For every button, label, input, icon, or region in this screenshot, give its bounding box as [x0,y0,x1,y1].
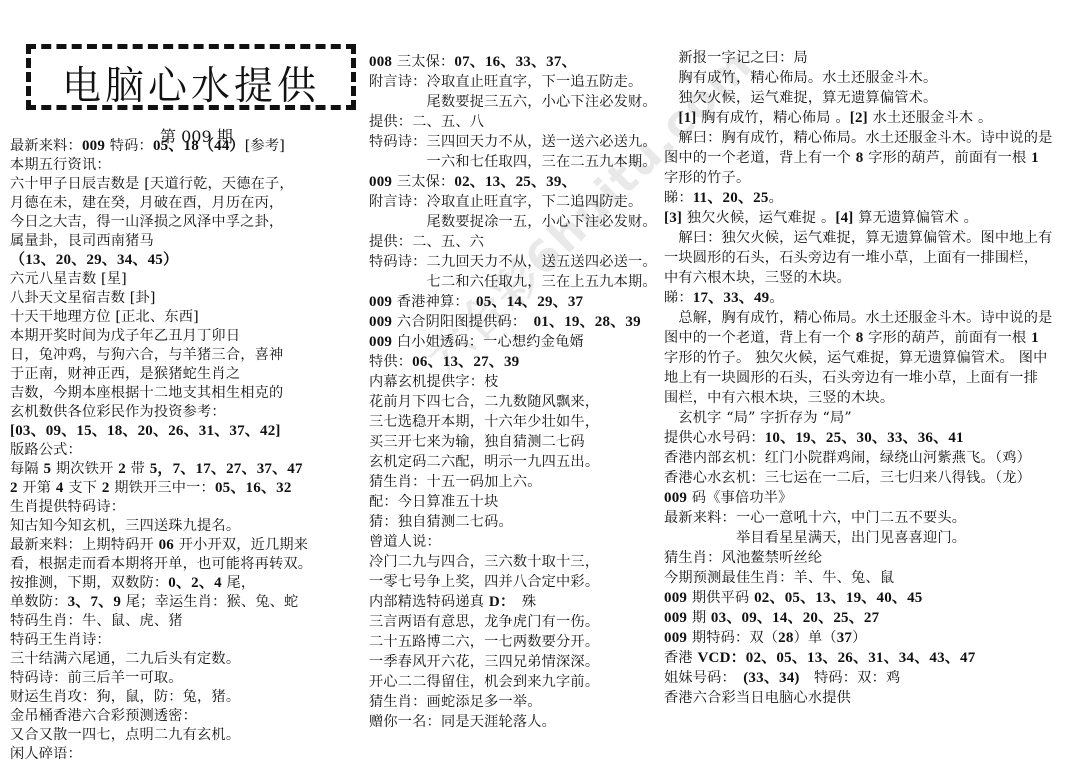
body-text: 配：今日算准五十块 [369,494,499,510]
text-line: 六元八星吉数 [星] [10,270,127,289]
body-text: 内部精选特码递真 [369,594,489,610]
text-line: 尾数要捉三五六，小心下注必发财。 [369,93,657,112]
text-line: 提供：二、五、六 [369,233,484,252]
text-line: 中有六根木块，三竖的木块。 [664,269,851,288]
body-text: 香港心水玄机：三七运在一二后，三七归来八得钱。（龙） [664,470,1031,486]
text-line: 地上有一块圆形的石头，石头旁边有一堆小草，上面有一排 [664,369,1038,388]
text-line: 009 三太保：02、13、25、39、 [369,173,577,192]
text-line: 香港心水玄机：三七运在一二后，三七归来八得钱。（龙） [664,469,1031,488]
body-text: 围栏，中有六根木块，三竖的木块。 [664,390,894,406]
body-text: 吉数，今期本座根据十二地支其相生相克的 [10,385,283,401]
number-text: 4 [56,480,64,496]
text-line: 六十甲子日辰吉数是 [天道行乾，天德在子， [10,175,294,194]
number-text: 3、7、9 [68,594,122,610]
body-text: 六十甲子日辰吉数是 [天道行乾，天德在子， [10,176,294,192]
body-text: 最新来料：一心一意吼十六，中门二五不要头。 [664,510,966,526]
number-text: 37 [837,630,852,646]
body-text: 闲人碎语： [10,746,82,762]
number-text: 05、16、32 [215,480,292,496]
text-line: 日，兔冲鸡，与狗六合，与羊猪三合，喜神 [10,346,283,365]
body-text: 特码诗：三四回天力不从，送一送六必送九。 [369,134,657,150]
text-line: 每隔 5 期次铁开 2 带 5，7、17、27、37、47 [10,460,303,479]
number-text: 5，7、17、27、37、47 [150,461,303,477]
number-text: 07、16、33、37、 [454,54,576,70]
number-text: 17、33、49 [693,290,770,306]
number-text: 03、09、14、20、25、27 [711,610,879,626]
number-text: 02、13、25、39、 [454,174,576,190]
text-line: 闲人碎语： [10,745,82,762]
text-line: 香港六合彩当日电脑心水提供 [664,689,851,708]
number-text: 009 [369,334,392,350]
text-line: 附言诗：冷取直止旺直字，下一追五防走。 [369,73,642,92]
body-text: 三太保： [392,174,454,190]
body-text: 开第 [18,480,56,496]
text-line: 赠你一名：同是天涯轮落人。 [369,713,556,732]
number-text: 009 [664,590,687,606]
body-text: 图中的一个老道，背上有一个 [664,150,856,166]
text-line: 猜生肖：风池鳌禁听丝纶 [664,549,822,568]
text-line: 姐妹号码： (33、34) 特码：双：鸡 [664,669,900,688]
number-text: (33、34) [743,670,799,686]
number-text: 28 [778,630,793,646]
text-line: 举目看星星满天，出门见喜喜迎门。 [664,529,966,548]
text-line: 提供心水号码：10、19、25、30、33、36、41 [664,429,964,448]
body-text: [参考] [245,138,285,154]
body-text: 。 [769,290,783,306]
body-text: 附言诗：冷取直止旺直字，下二追四防走。 [369,194,642,210]
body-text: 睇： [664,290,693,306]
text-line: 睇：17、33、49。 [664,289,784,308]
text-line: 玄机定码二六配，明示一九四五出。 [369,453,599,472]
body-text: 月德在未，建在癸，月破在酉，月历在丙， [10,195,283,211]
number-text: [1] [678,110,696,126]
text-line: 围栏，中有六根木块，三竖的木块。 [664,389,894,408]
body-text: 新报一字记之曰：局 [664,50,808,66]
body-text: 独欠火候，运气难捉 。 [682,210,835,226]
body-text: 三七选稳开本期，十六年少壮如牛， [369,414,599,430]
body-text: 本期五行资讯： [10,157,111,173]
body-text: 特供： [369,354,412,370]
text-line: 2 开第 4 支下 2 期铁开三中一：05、16、32 [10,479,292,498]
body-text: 。 [769,190,783,206]
number-text: 009 [369,314,392,330]
body-text: 八卦天文星宿吉数 [卦] [10,290,156,306]
text-line: 提供：二、五、八 [369,113,484,132]
text-line: 009 码《事倍功半》 [664,489,793,508]
body-text: 字形的竹子。 独欠火候，运气难捉，算无遗算偏管术。 图中 [664,350,1048,366]
body-text: 玄机数供各位彩民作为投资参考： [10,404,226,420]
body-text: 开心二二得留住，机会到来九字前。 [369,674,599,690]
number-text: 2 [102,480,110,496]
text-line: 解曰：胸有成竹，精心佈局。水土还服金斗木。诗中说的是 [664,129,1052,148]
text-line: 猜生肖：十五一码加上六。 [369,473,542,492]
body-text: 尾， [222,575,256,591]
text-line: 买三开七来为输，独自猜测二七码 [369,433,585,452]
text-line: 特码诗：二九回天力不从，送五送四必送一。 [369,253,657,272]
body-text: 内幕玄机提供字：枝 [369,374,499,390]
number-text: D： [489,594,508,610]
text-line: 又合又散一四七，点明二九有玄机。 [10,726,240,745]
text-line: 一零七号争上奖，四并八合定中彩。 [369,573,599,592]
number-text: 0、2、4 [168,575,222,591]
body-text: 附言诗：冷取直止旺直字，下一追五防走。 [369,74,642,90]
number-text: [2] [850,110,868,126]
body-text: 三太保： [392,54,454,70]
text-line: 字形的竹子。 [664,169,750,188]
text-line: 009 期 03、09、14、20、25、27 [664,609,879,628]
text-line: 009 香港神算： 05、14、29、37 [369,293,583,312]
text-line: [1] 胸有成竹，精心佈局 。[2] 水土还服金斗木 。 [664,109,992,128]
body-text: 日，兔冲鸡，与狗六合，与羊猪三合，喜神 [10,347,283,363]
body-text: 期特码：双（ [687,630,778,646]
body-text: 字形的竹子。 [664,170,750,186]
number-text: 1 [1031,150,1039,166]
body-text: 带 [126,461,150,477]
title-box: 电脑心水提供 [26,44,356,110]
text-line: 生肖提供特码诗： [10,498,125,517]
body-text: 总解，胸有成竹，精心佈局。水土还服金斗木。诗中说的是 [664,310,1052,326]
text-line: 009 白小姐透码：一心想约金龟婿 [369,333,584,352]
text-line: 玄机字 “局” 字折存为 “局” [664,409,852,428]
text-line: 一季春风开六花，三四兄弟情深深。 [369,653,599,672]
text-line: 冷门二九与四合，三六数十取十三， [369,553,599,572]
body-text: 香港六合彩当日电脑心水提供 [664,690,851,706]
text-line: 附言诗：冷取直止旺直字，下二追四防走。 [369,193,642,212]
body-text: 三言两语有意思，龙争虎门有一伤。 [369,614,599,630]
body-text: 举目看星星满天，出门见喜喜迎门。 [664,530,966,546]
text-line: 香港内部玄机：红门小院群鸡闹，绿绕山河紫燕飞。（鸡） [664,449,1031,468]
text-line: 看，根据走而看本期将开单，也可能将再转双。 [10,555,312,574]
text-line: 知古知今知玄机，三四送珠九提名。 [10,517,240,536]
text-line: 按推测，下期，双数防：0、2、4 尾， [10,574,255,593]
text-line: 香港 VCD：02、05、13、26、31、34、43、47 [664,649,975,668]
body-text: 开小开双，近几期来 [174,537,308,553]
text-line: 今日之大吉，得一山泽损之风泽中孚之卦， [10,213,283,232]
text-line: 尾数要捉凃一五，小心下注必发财。 [369,213,657,232]
body-text: 解曰：胸有成竹，精心佈局。水土还服金斗木。诗中说的是 [664,130,1052,146]
text-line: 特码生肖：牛、鼠、虎、猪 [10,612,183,631]
text-line: 猜生肖：画蛇添足多一举。 [369,693,542,712]
number-text: 009 [664,610,687,626]
number-text: 008 [369,54,392,70]
text-line: 最新来料：上期特码开 06 开小开双，近几期来 [10,536,308,555]
body-text: 期 [687,610,711,626]
text-line: 009 期供平码 02、05、13、19、40、45 [664,589,923,608]
text-line: 三十结满六尾通，二九后头有定数。 [10,650,240,669]
text-line: 新报一字记之曰：局 [664,49,808,68]
number-text: 009 [664,490,687,506]
body-text: 知古知今知玄机，三四送珠九提名。 [10,518,240,534]
body-text: 今日之大吉，得一山泽损之风泽中孚之卦， [10,214,283,230]
body-text: 提供心水号码： [664,430,765,446]
text-line: 配：今日算准五十块 [369,493,499,512]
body-text: 最新来料：上期特码开 [10,537,159,553]
text-line: 财运生肖攻：狗，鼠，防：兔，猪。 [10,688,240,707]
body-text: 本期开奖时间为戊子年乙丑月丁卯日 [10,328,240,344]
number-text: 06 [159,537,174,553]
body-text: 六元八星吉数 [星] [10,271,127,287]
body-text: 字形的葫芦，前面有一根 [863,330,1031,346]
number-text: [3] [664,210,682,226]
body-text: ） [852,630,866,646]
body-text: 殊 [508,594,537,610]
text-line: 内幕玄机提供字：枝 [369,373,499,392]
body-text: 今期预测最佳生肖：羊、牛、兔、鼠 [664,570,894,586]
text-line: 曾道人说： [369,533,441,552]
number-text: 009 [369,294,392,310]
body-text: 看，根据走而看本期将开单，也可能将再转双。 [10,556,312,572]
number-text: 06、13、27、39 [412,354,519,370]
body-text: 曾道人说： [369,534,441,550]
body-text: 提供：二、五、六 [369,234,484,250]
body-text: 提供：二、五、八 [369,114,484,130]
body-text: 生肖提供特码诗： [10,499,125,515]
number-text: [4] [835,210,853,226]
body-text: 尾数要捉凃一五，小心下注必发财。 [369,214,657,230]
body-text: 按推测，下期，双数防： [10,575,168,591]
body-text: 猜：独自猜测二七码。 [369,514,513,530]
body-text: 香港 [664,650,698,666]
text-line: 金吊桶香港六合彩预测透密： [10,707,197,726]
text-line: 字形的竹子。 独欠火候，运气难捉，算无遗算偏管术。 图中 [664,349,1048,368]
text-line: 八卦天文星宿吉数 [卦] [10,289,156,308]
text-line: 008 三太保：07、16、33、37、 [369,53,577,72]
number-text: 009 [664,630,687,646]
text-line: 最新来料：009 特码：05、18（44）[参考] [10,137,285,156]
body-text: 尾；幸运生肖：猴、兔、蛇 [121,594,298,610]
text-line: 图中的一个老道，背上有一个 8 字形的葫芦，前面有一根 1 [664,329,1039,348]
body-text: 玄机定码二六配，明示一九四五出。 [369,454,599,470]
text-line: 本期五行资讯： [10,156,111,175]
body-text: 特码诗：二九回天力不从，送五送四必送一。 [369,254,657,270]
body-text: 特码： [105,138,153,154]
text-line: 二十五路博二六，一七两数要分开。 [369,633,599,652]
body-text: 特码王生肖诗： [10,632,111,648]
body-text: 独欠火候，运气难捉，算无遗算偏管术。 [664,90,937,106]
text-line: 特码王生肖诗： [10,631,111,650]
body-text: 版路公式： [10,442,82,458]
body-text: 姐妹号码： [664,670,743,686]
text-line: 属量卦，艮司西南猪马 [10,232,154,251]
number-text: 11、20、25 [693,190,769,206]
text-line: 月德在未，建在癸，月破在酉，月历在丙， [10,194,283,213]
text-line: 猜：独自猜测二七码。 [369,513,513,532]
body-text: 中有六根木块，三竖的木块。 [664,270,851,286]
body-text: 七二和六任取九，三在上五九本期。 [369,274,657,290]
number-text: 1 [1031,330,1039,346]
body-text: 猜生肖：风池鳌禁听丝纶 [664,550,822,566]
number-text: 05、14、29、37 [476,294,583,310]
body-text: 算无遗算偏管术 。 [853,210,978,226]
body-text: 香港神算： [392,294,476,310]
body-text: 特码：双：鸡 [800,670,901,686]
body-text: 每隔 [10,461,44,477]
text-line: [03、09、15、18、20、26、31、37、42] [10,422,281,441]
text-line: 胸有成竹，精心佈局。水土还服金斗木。 [664,69,937,88]
body-text: 睇： [664,190,693,206]
body-text: 最新来料： [10,138,82,154]
body-text: 于正南，财神正西，是猴猪蛇生肖之 [10,366,240,382]
text-line: 三言两语有意思，龙争虎门有一伤。 [369,613,599,632]
body-text: 猜生肖：十五一码加上六。 [369,474,542,490]
body-text: ）单（ [794,630,837,646]
number-text: VCD：02、05、13、26、31、34、43、47 [698,650,976,666]
body-text: 三十结满六尾通，二九后头有定数。 [10,651,240,667]
text-line: 总解，胸有成竹，精心佈局。水土还服金斗木。诗中说的是 [664,309,1052,328]
body-text: 属量卦，艮司西南猪马 [10,233,154,249]
number-text: 2 [118,461,126,477]
number-text: 10、19、25、30、33、36、41 [765,430,964,446]
body-text: 胸有成竹，精心佈局 。 [696,110,849,126]
text-line: 一六和七任取四，三在二五九本期。 [369,153,657,172]
body-text: 尾数要捉三五六，小心下注必发财。 [369,94,657,110]
body-text: 支下 [64,480,102,496]
text-line: 图中的一个老道，背上有一个 8 字形的葫芦，前面有一根 1 [664,149,1039,168]
body-text: 胸有成竹，精心佈局。水土还服金斗木。 [664,70,937,86]
body-text: 解曰：独欠火候，运气难捉，算无遗算偏管术。图中地上有 [664,230,1052,246]
body-text: 特码诗：前三后羊一可取。 [10,670,183,686]
text-line: 009 期特码：双（28）单（37） [664,629,867,648]
body-text: 单数防： [10,594,68,610]
text-line: 特码诗：前三后羊一可取。 [10,669,183,688]
number-text: （13、20、29、34、45） [10,252,178,268]
body-text: 一零七号争上奖，四并八合定中彩。 [369,574,599,590]
body-text: 期次铁开 [51,461,118,477]
body-text: 买三开七来为输，独自猜测二七码 [369,434,585,450]
body-text: 一块圆形的石头，石头旁边有一堆小草，上面有一排围栏， [664,250,1038,266]
body-text: 冷门二九与四合，三六数十取十三， [369,554,599,570]
body-text: 图中的一个老道，背上有一个 [664,330,856,346]
text-line: 七二和六任取九，三在上五九本期。 [369,273,657,292]
text-line: 玄机数供各位彩民作为投资参考： [10,403,226,422]
body-text: 猜生肖：画蛇添足多一举。 [369,694,542,710]
number-text: 009 [82,138,105,154]
text-line: 开心二二得留住，机会到来九字前。 [369,673,599,692]
text-line: 单数防：3、7、9 尾；幸运生肖：猴、兔、蛇 [10,593,298,612]
body-text: 地上有一块圆形的石头，石头旁边有一堆小草，上面有一排 [664,370,1038,386]
number-text: 2 [10,480,18,496]
text-line: 一块圆形的石头，石头旁边有一堆小草，上面有一排围栏， [664,249,1038,268]
body-text: 玄机字 “局” 字折存为 “局” [664,410,852,426]
body-text: 财运生肖攻：狗，鼠，防：兔，猪。 [10,689,240,705]
body-text: 六合阴阳图提供码： [392,314,534,330]
body-text: 一季春风开六花，三四兄弟情深深。 [369,654,599,670]
body-text: 水土还服金斗木 。 [868,110,993,126]
text-line: 解曰：独欠火候，运气难捉，算无遗算偏管术。图中地上有 [664,229,1052,248]
text-line: 花前月下四七合，二九数随风飘来， [369,393,599,412]
text-line: 版路公式： [10,441,82,460]
text-line: 内部精选特码递真 D： 殊 [369,593,536,612]
body-text: 又合又散一四七，点明二九有玄机。 [10,727,240,743]
body-text: 金吊桶香港六合彩预测透密： [10,708,197,724]
body-text: 二十五路博二六，一七两数要分开。 [369,634,599,650]
text-line: 特码诗：三四回天力不从，送一送六必送九。 [369,133,657,152]
text-line: 今期预测最佳生肖：羊、牛、兔、鼠 [664,569,894,588]
body-text: 白小姐透码：一心想约金龟婿 [392,334,584,350]
body-text: 特码生肖：牛、鼠、虎、猪 [10,613,183,629]
text-line: 十天干地理方位 [正北、东西] [10,308,199,327]
text-line: 睇：11、20、25。 [664,189,783,208]
text-line: 吉数，今期本座根据十二地支其相生相克的 [10,384,283,403]
body-text: 十天干地理方位 [正北、东西] [10,309,199,325]
body-text: 期铁开三中一： [110,480,215,496]
body-text: 码《事倍功半》 [687,490,792,506]
number-text: 009 [369,174,392,190]
body-text: 香港内部玄机：红门小院群鸡闹，绿绕山河紫燕飞。（鸡） [664,450,1031,466]
text-line: 独欠火候，运气难捉，算无遗算偏管术。 [664,89,937,108]
body-text: 字形的葫芦，前面有一根 [863,150,1031,166]
body-text: 一六和七任取四，三在二五九本期。 [369,154,657,170]
text-line: [3] 独欠火候，运气难捉 。[4] 算无遗算偏管术 。 [664,209,978,228]
text-line: （13、20、29、34、45） [10,251,178,270]
number-text: [03、09、15、18、20、26、31、37、42] [10,423,281,439]
text-line: 最新来料：一心一意吼十六，中门二五不要头。 [664,509,966,528]
number-text: 02、05、13、19、40、45 [754,590,922,606]
text-line: 009 六合阴阳图提供码： 01、19、28、39 [369,313,641,332]
page-title: 电脑心水提供 [31,55,351,111]
body-text [664,110,678,126]
body-text: 赠你一名：同是天涯轮落人。 [369,714,556,730]
body-text: 期供平码 [687,590,754,606]
number-text: 05、18（44） [153,138,245,154]
text-line: 本期开奖时间为戊子年乙丑月丁卯日 [10,327,240,346]
body-text: 花前月下四七合，二九数随风飘来， [369,394,599,410]
text-line: 特供：06、13、27、39 [369,353,519,372]
text-line: 于正南，财神正西，是猴猪蛇生肖之 [10,365,240,384]
text-line: 三七选稳开本期，十六年少壮如牛， [369,413,599,432]
number-text: 01、19、28、39 [534,314,641,330]
